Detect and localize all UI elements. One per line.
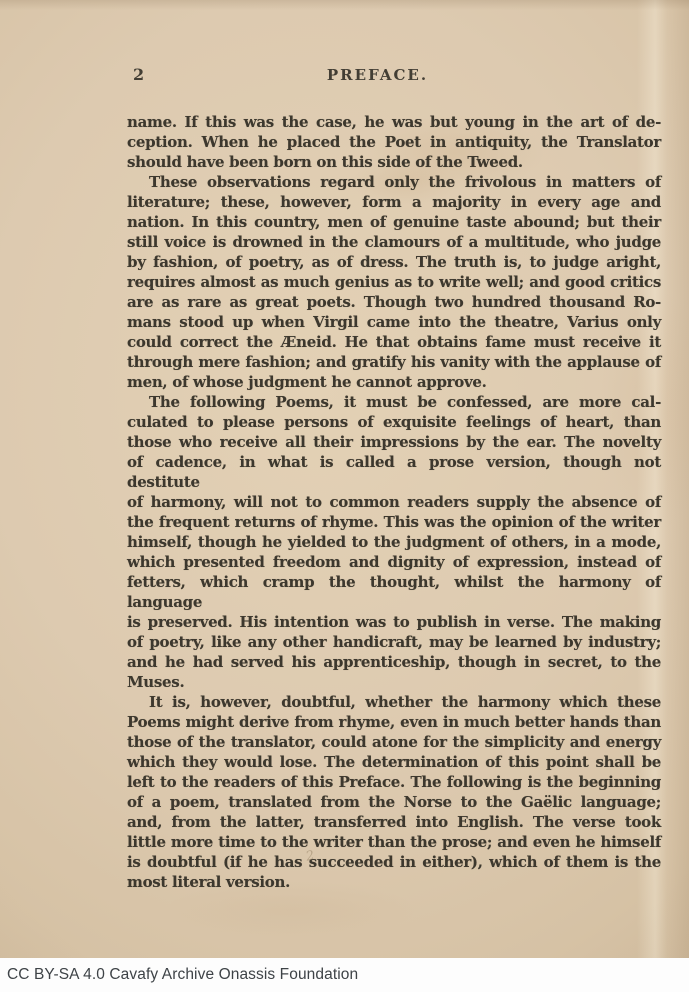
paragraph: name. If this was the case, he was but y… [127,112,661,172]
text-line: culated to please persons of exquisite f… [127,412,661,432]
paragraph: The following Poems, it must be confesse… [127,392,661,692]
text-line: The following Poems, it must be confesse… [127,392,661,412]
license-bar: CC BY-SA 4.0 Cavafy Archive Onassis Foun… [0,958,689,992]
text-line: and, from the latter, transferred into E… [127,812,661,832]
text-line: which they would lose. The determination… [127,752,661,772]
paragraph: It is, however, doubtful, whether the ha… [127,692,661,892]
text-line: through mere fashion; and gratify his va… [127,352,661,372]
text-line: name. If this was the case, he was but y… [127,112,661,132]
text-line: most literal version. [127,872,661,892]
text-line: ception. When he placed the Poet in anti… [127,132,661,152]
text-line: is preserved. His intention was to publi… [127,612,661,632]
text-line: These observations regard only the frivo… [127,172,661,192]
text-line: Muses. [127,672,661,692]
text-line: fetters, which cramp the thought, whilst… [127,572,661,612]
text-line: literature; these, however, form a major… [127,192,661,212]
text-line: himself, though he yielded to the judgme… [127,532,661,552]
text-line: of poetry, like any other handicraft, ma… [127,632,661,652]
text-line: men, of whose judgment he cannot approve… [127,372,661,392]
scanned-book-page: 2 PREFACE. name. If this was the case, h… [0,0,689,992]
text-line: It is, however, doubtful, whether the ha… [127,692,661,712]
page-header: PREFACE. [33,66,689,84]
text-line: should have been born on this side of th… [127,152,661,172]
text-line: mans stood up when Virgil came into the … [127,312,661,332]
paper-background: 2 PREFACE. name. If this was the case, h… [0,0,689,958]
text-line: of cadence, in what is called a prose ve… [127,452,661,492]
text-line: Poems might derive from rhyme, even in m… [127,712,661,732]
text-line: of a poem, translated from the Norse to … [127,792,661,812]
paragraph: These observations regard only the frivo… [127,172,661,392]
text-line: requires almost as much genius as to wri… [127,272,661,292]
text-line: those of the translator, could atone for… [127,732,661,752]
text-line: could correct the Æneid. He that obtains… [127,332,661,352]
text-line: those who receive all their impressions … [127,432,661,452]
text-line: little more time to the writer than the … [127,832,661,852]
text-line: and he had served his apprenticeship, th… [127,652,661,672]
text-line: which presented freedom and dignity of e… [127,552,661,572]
text-line: are as rare as great poets. Though two h… [127,292,661,312]
text-line: of harmony, will not to common readers s… [127,492,661,512]
license-text: CC BY-SA 4.0 Cavafy Archive Onassis Foun… [0,958,689,991]
text-line: the frequent returns of rhyme. This was … [127,512,661,532]
text-line: is doubtful (if he has succeeded in eith… [127,852,661,872]
text-line: by fashion, of poetry, as of dress. The … [127,252,661,272]
text-block: name. If this was the case, he was but y… [127,112,661,892]
text-line: still voice is drowned in the clamours o… [127,232,661,252]
text-line: nation. In this country, men of genuine … [127,212,661,232]
page-edge-shading [0,0,689,10]
text-line: left to the readers of this Preface. The… [127,772,661,792]
